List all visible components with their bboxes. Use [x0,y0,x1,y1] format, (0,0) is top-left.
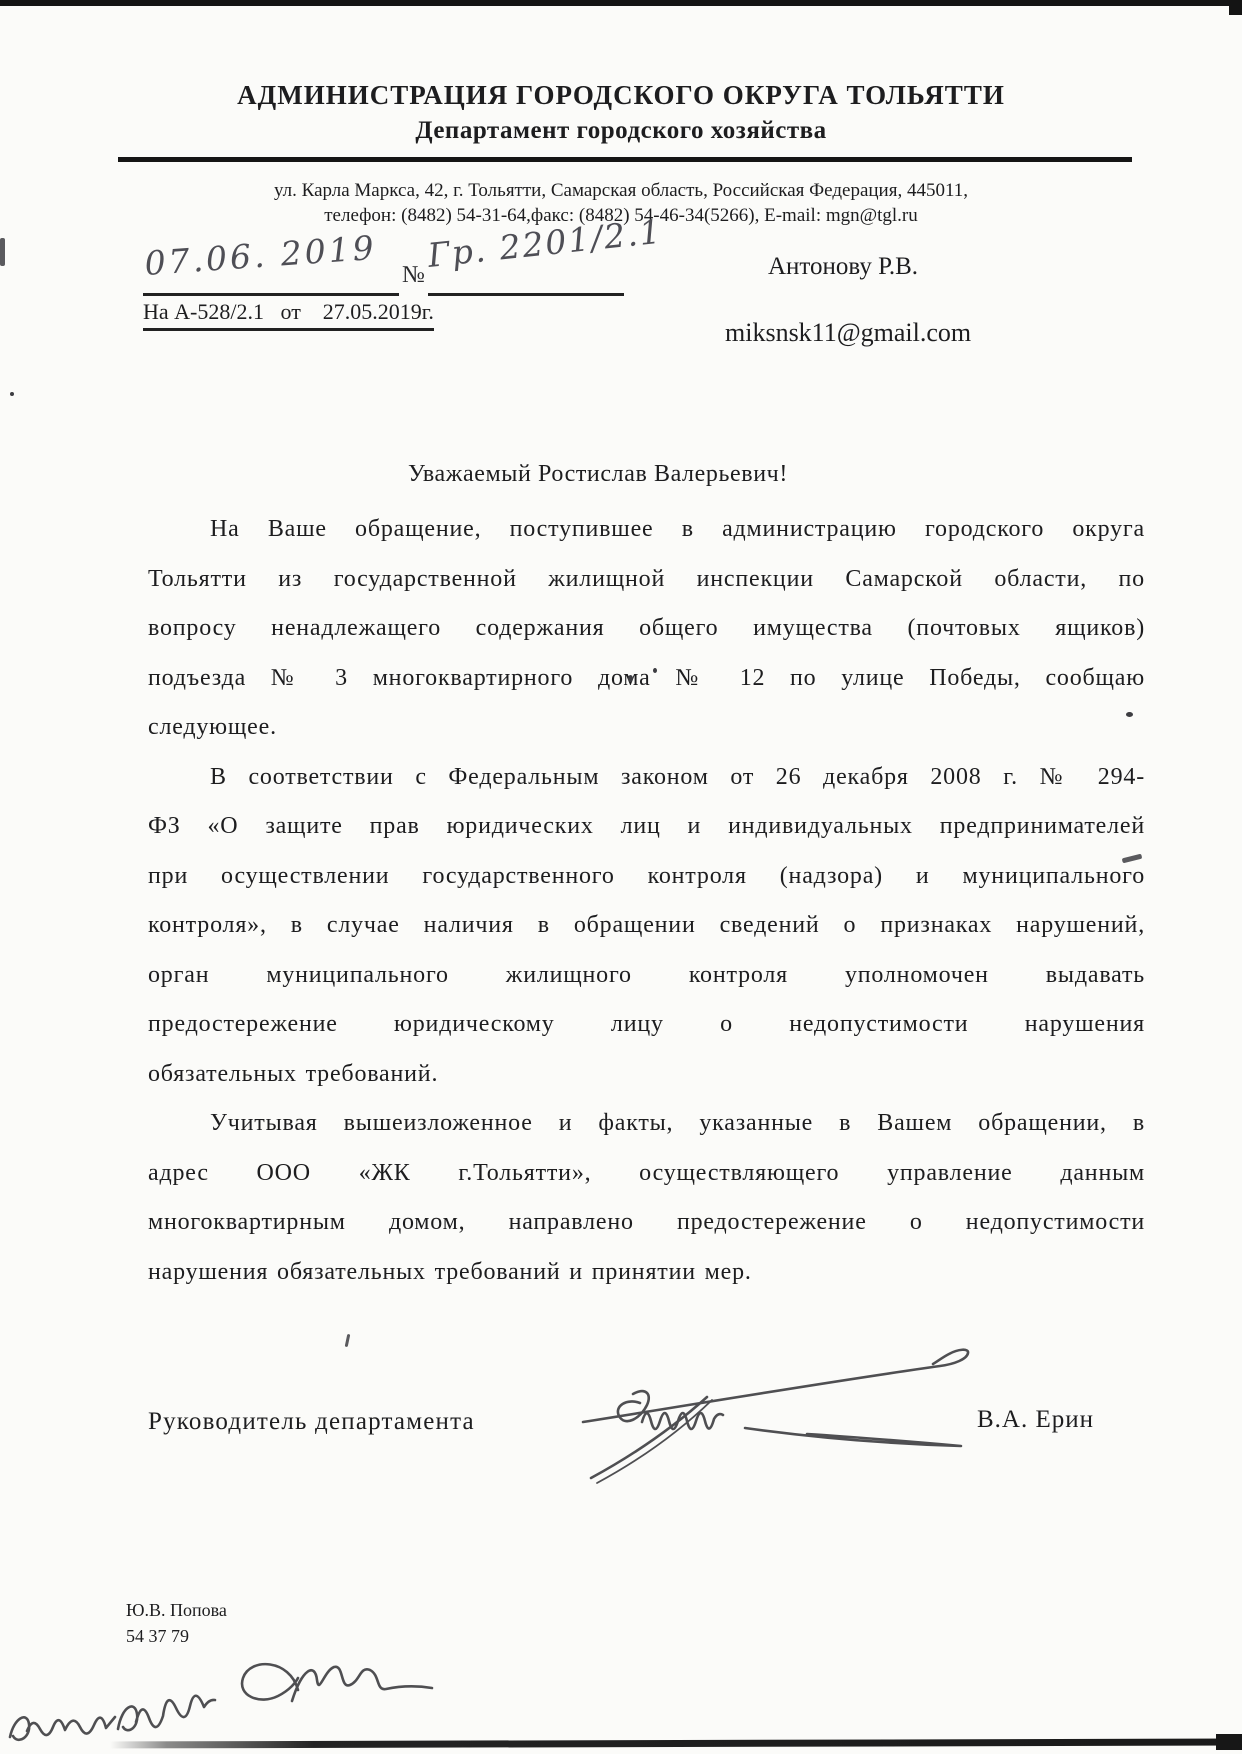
incoming-reference: На А-528/2.1 от 27.05.2019г. [143,299,434,331]
scan-artifact [1126,712,1133,717]
body-line: ФЗ «О защите прав юридических лиц и инди… [148,802,1145,852]
body-line: В соответствии с Федеральным законом от … [148,753,1145,803]
scan-bottom-right-corner [1216,1734,1242,1750]
body-line: обязательных требований. [148,1050,1145,1100]
scan-artifact [628,675,633,682]
body-line: контроля», в случае наличия в обращении … [148,901,1145,951]
scan-top-edge [0,0,1242,6]
body-line: орган муниципального жилищного контроля … [148,951,1145,1001]
body-line: предостережение юридическому лицу о недо… [148,1000,1145,1050]
signatory-name: В.А. Ерин [977,1406,1094,1434]
scan-artifact [345,1334,351,1347]
signature-erin-autograph [555,1342,985,1502]
body-line: подъезда № 3 многоквартирного дома № 12 … [148,654,1145,704]
letter-body: На Ваше обращение, поступившее в админис… [148,505,1145,1297]
body-line: многоквартирным домом, направлено предос… [148,1198,1145,1248]
body-line: при осуществлении государственного контр… [148,852,1145,902]
body-line: вопросу ненадлежащего содержания общего … [148,604,1145,654]
scan-top-right-corner [1229,0,1242,15]
body-line: следующее. [148,703,1145,753]
executor-phone: 54 37 79 [126,1626,189,1647]
recipient-name: Антонову Р.В. [768,253,918,281]
approval-signatures [0,1645,620,1753]
salutation: Уважаемый Ростислав Валерьевич! [148,461,1048,488]
outgoing-date-handwritten: 07.06. 2019 [143,228,378,283]
signature-middle [118,1696,215,1730]
department-name: Департамент городского хозяйства [0,117,1242,145]
number-underline [428,293,624,296]
signature-left [10,1717,115,1740]
signature-right [242,1664,432,1701]
organization-name: АДМИНИСТРАЦИЯ ГОРОДСКОГО ОКРУГА ТОЛЬЯТТИ [0,80,1242,111]
scan-artifact [0,238,5,266]
recipient-email: miksnsk11@gmail.com [725,318,971,348]
address-line: ул. Карла Маркса, 42, г. Тольятти, Самар… [0,180,1242,202]
body-line: нарушения обязательных требований и прин… [148,1248,1145,1298]
body-line: На Ваше обращение, поступившее в админис… [148,505,1145,555]
body-line: Тольятти из государственной жилищной инс… [148,555,1145,605]
body-line: Учитывая вышеизложенное и факты, указанн… [148,1099,1145,1149]
signatory-title: Руководитель департамента [148,1408,475,1436]
number-sign: № [402,262,425,289]
date-underline [143,293,399,296]
scanned-letter-page: АДМИНИСТРАЦИЯ ГОРОДСКОГО ОКРУГА ТОЛЬЯТТИ… [0,0,1242,1754]
scan-artifact [653,668,657,673]
scan-artifact [10,392,14,396]
body-line: адрес ООО «ЖК г.Тольятти», осуществляюще… [148,1149,1145,1199]
letterhead-divider [118,157,1132,162]
executor-name: Ю.В. Попова [126,1600,227,1621]
